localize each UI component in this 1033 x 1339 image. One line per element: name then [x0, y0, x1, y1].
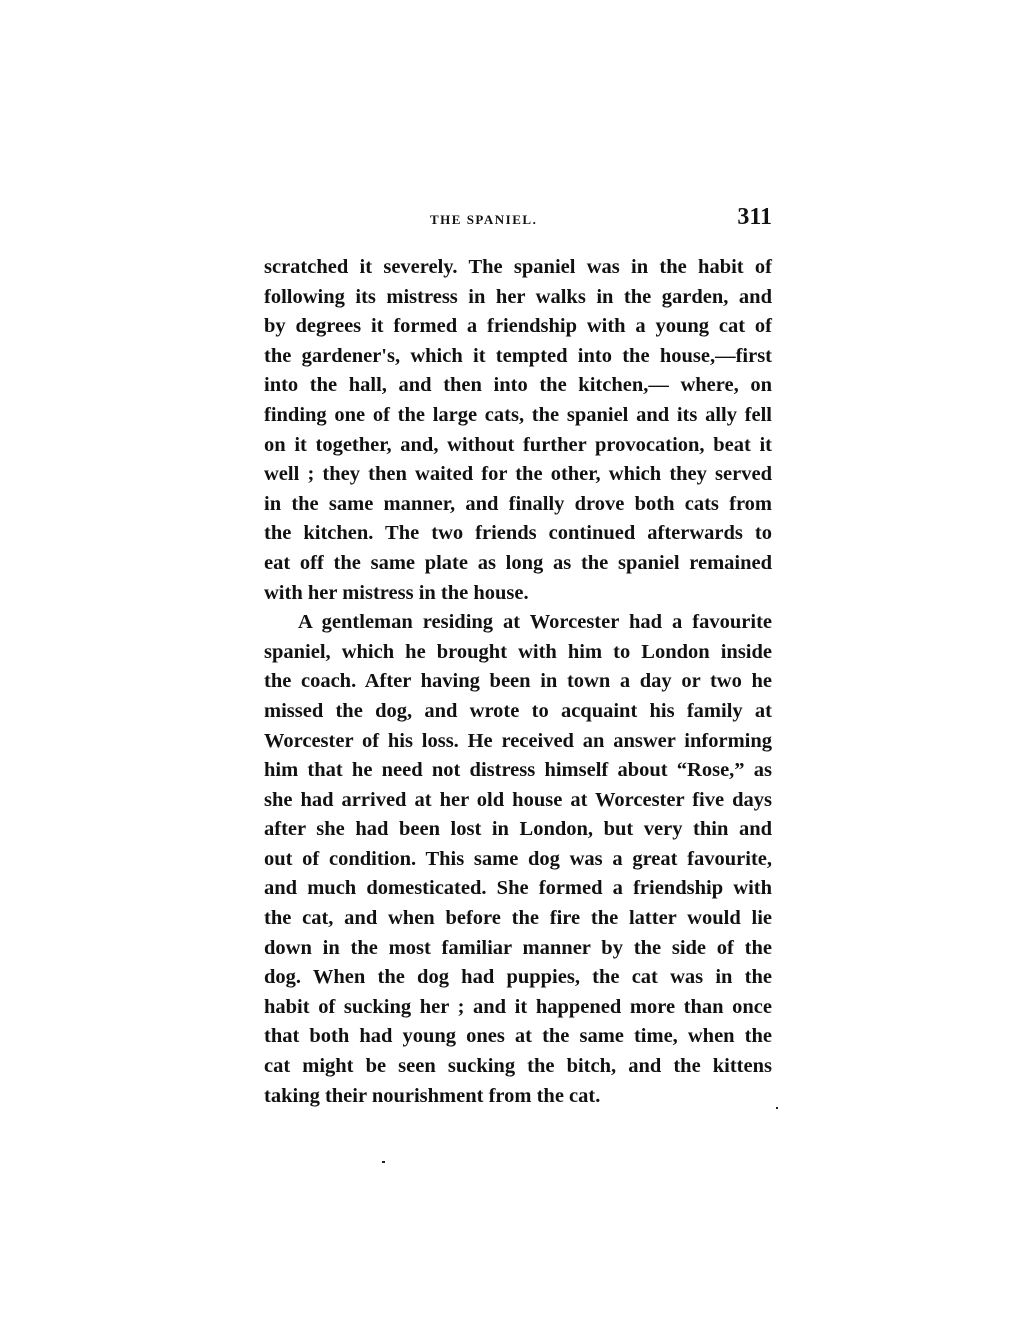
text-line: habit of sucking her ; and it happened m…	[264, 993, 772, 1023]
text-line: that both had young ones at the same tim…	[264, 1022, 772, 1052]
text-line: after she had been lost in London, but v…	[264, 815, 772, 845]
text-line: missed the dog, and wrote to acquaint hi…	[264, 697, 772, 727]
running-title: THE SPANIEL.	[430, 212, 537, 228]
text-line: in the same manner, and finally drove bo…	[264, 490, 772, 520]
text-line: scratched it severely. The spaniel was i…	[264, 253, 772, 283]
running-head: THE SPANIEL. 311	[264, 204, 772, 234]
text-line: the kitchen. The two friends continued a…	[264, 519, 772, 549]
text-line: on it together, and, without further pro…	[264, 431, 772, 461]
text-line: she had arrived at her old house at Worc…	[264, 786, 772, 816]
text-line: spaniel, which he brought with him to Lo…	[264, 638, 772, 668]
scan-speck	[776, 1107, 778, 1109]
text-line: the coach. After having been in town a d…	[264, 667, 772, 697]
text-line: the cat, and when before the fire the la…	[264, 904, 772, 934]
text-line: taking their nourishment from the cat.	[264, 1082, 772, 1112]
text-line: well ; they then waited for the other, w…	[264, 460, 772, 490]
text-line: following its mistress in her walks in t…	[264, 283, 772, 313]
text-line: eat off the same plate as long as the sp…	[264, 549, 772, 579]
text-line: with her mistress in the house.	[264, 579, 772, 609]
text-line: and much domesticated. She formed a frie…	[264, 874, 772, 904]
text-line: down in the most familiar manner by the …	[264, 934, 772, 964]
text-line: A gentleman residing at Worcester had a …	[264, 608, 772, 638]
scan-speck	[382, 1161, 385, 1163]
body-text: scratched it severely. The spaniel was i…	[264, 253, 772, 1111]
text-line: into the hall, and then into the kitchen…	[264, 371, 772, 401]
text-line: dog. When the dog had puppies, the cat w…	[264, 963, 772, 993]
text-line: by degrees it formed a friendship with a…	[264, 312, 772, 342]
text-line: Worcester of his loss. He received an an…	[264, 727, 772, 757]
text-line: the gardener's, which it tempted into th…	[264, 342, 772, 372]
book-page: THE SPANIEL. 311 scratched it severely. …	[0, 0, 1033, 1339]
text-line: cat might be seen sucking the bitch, and…	[264, 1052, 772, 1082]
text-line: him that he need not distress himself ab…	[264, 756, 772, 786]
text-line: finding one of the large cats, the spani…	[264, 401, 772, 431]
page-number: 311	[737, 204, 772, 231]
text-line: out of condition. This same dog was a gr…	[264, 845, 772, 875]
